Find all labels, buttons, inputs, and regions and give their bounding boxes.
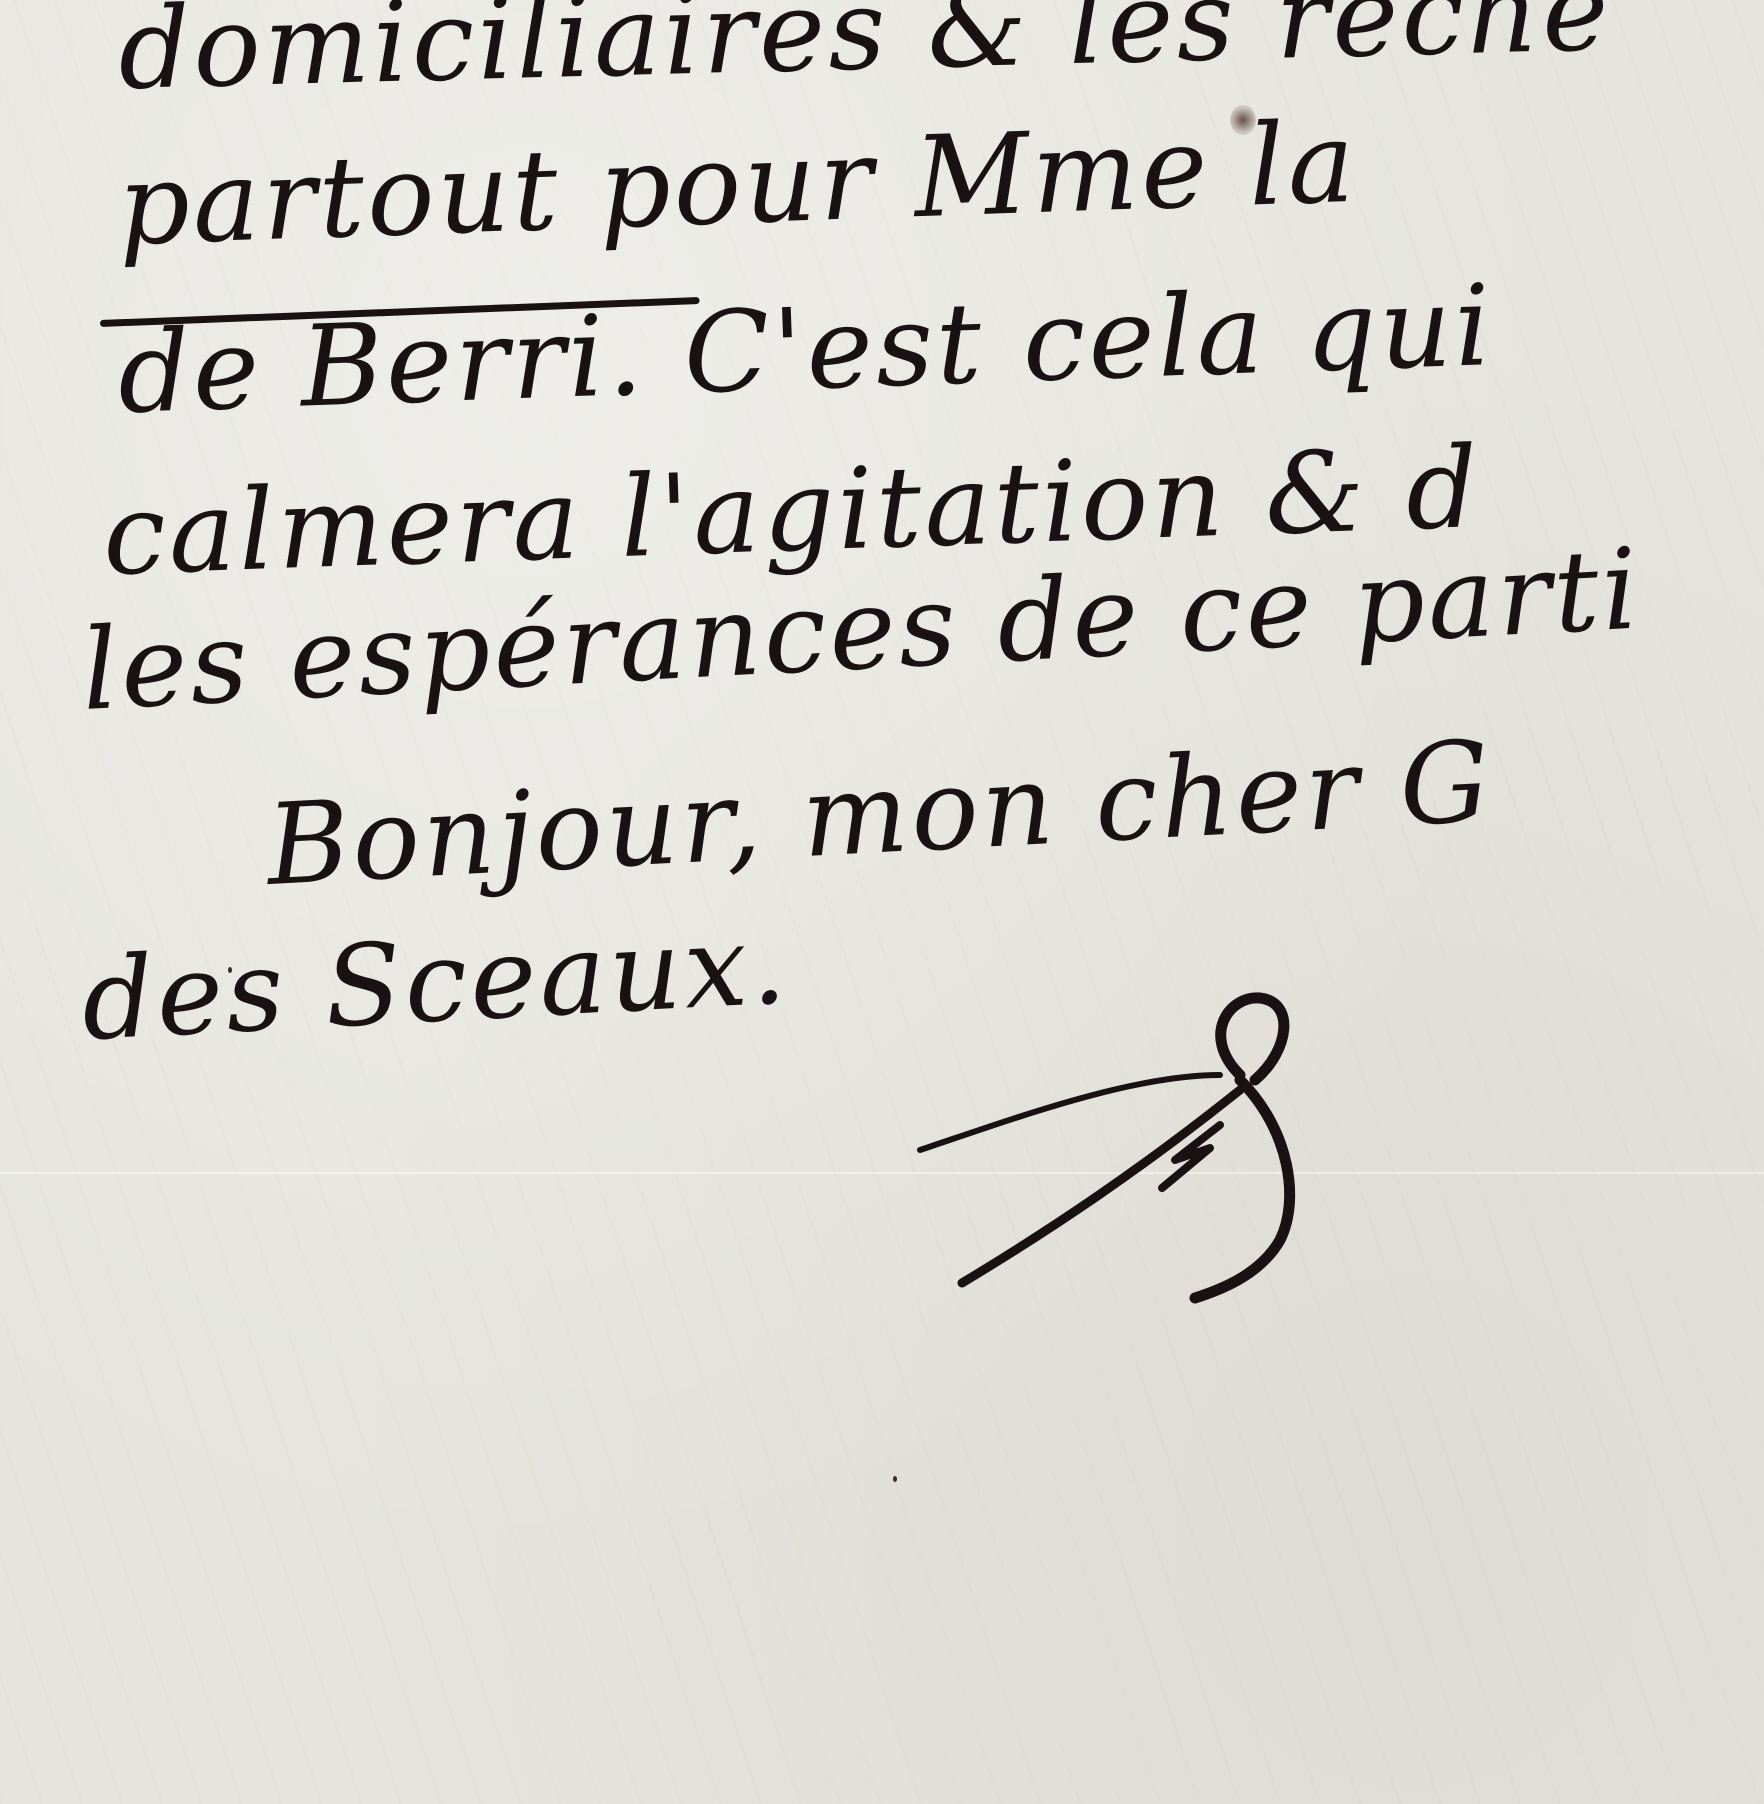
letter-paper: domiciliaires & les reche partout pour M… — [0, 0, 1764, 1804]
paper-speck — [893, 1476, 897, 1482]
letter-line-1: domiciliaires & les reche — [117, 0, 1613, 106]
letter-line-2: partout pour Mme la — [116, 107, 1359, 262]
paper-crease — [0, 1172, 1764, 1174]
letter-line-6: Bonjour, mon cher G — [264, 726, 1495, 902]
letter-line-3: de Berri. C'est cela qui — [116, 270, 1495, 430]
signature-flourish-icon — [900, 980, 1320, 1320]
letter-line-7: des Sceaux. — [79, 908, 791, 1057]
